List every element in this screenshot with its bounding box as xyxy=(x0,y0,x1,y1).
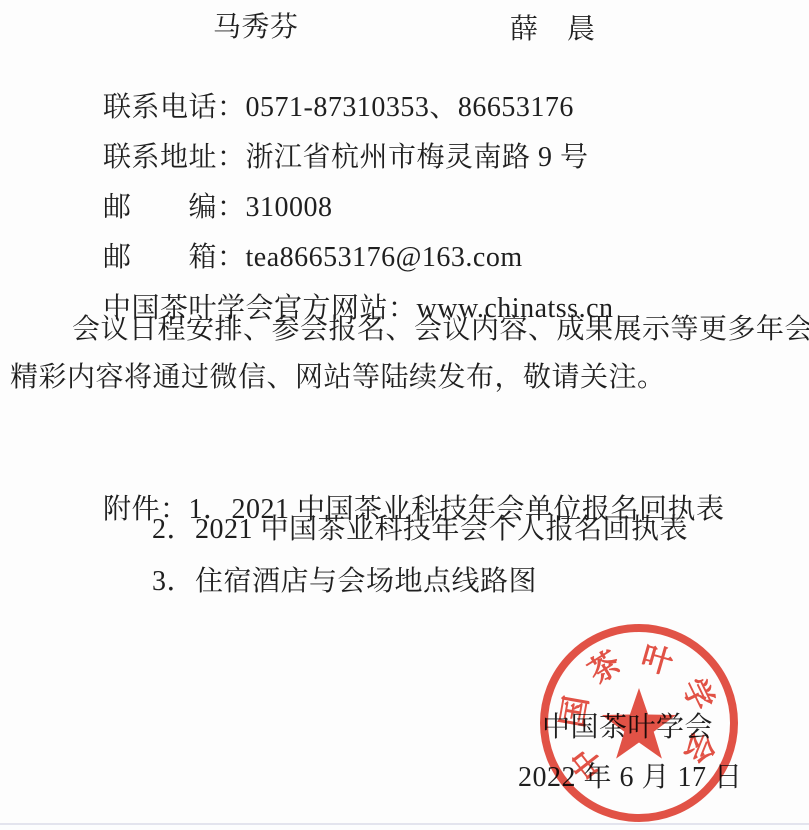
seal-char: 国 xyxy=(555,693,595,730)
attachment-item-3: 3．住宿酒店与会场地点线路图 xyxy=(152,566,537,598)
page-bottom-margin xyxy=(0,825,809,830)
seal-star-icon xyxy=(602,688,676,759)
notice-line-1: 会议日程安排、参会报名、会议内容、成果展示等更多年会 xyxy=(72,314,809,346)
seal-char: 会 xyxy=(678,727,722,769)
document-page: 马秀芬 薛 晨 联系电话：0571-87310353、86653176 联系地址… xyxy=(0,0,809,830)
seal-char: 中 xyxy=(564,740,611,786)
seal-char: 茶 xyxy=(582,644,627,690)
seal-char: 叶 xyxy=(637,639,676,681)
seal-char: 学 xyxy=(675,673,720,716)
signatory-name-left: 马秀芬 xyxy=(213,12,299,44)
notice-line-2: 精彩内容将通过微信、网站等陆续发布，敬请关注。 xyxy=(10,362,666,394)
official-seal: 中 国 茶 叶 学 会 xyxy=(538,622,740,824)
signatory-name-right: 薛 晨 xyxy=(510,14,596,46)
attachment-item-2: 2．2021 中国茶业科技年会个人报名回执表 xyxy=(152,514,688,546)
